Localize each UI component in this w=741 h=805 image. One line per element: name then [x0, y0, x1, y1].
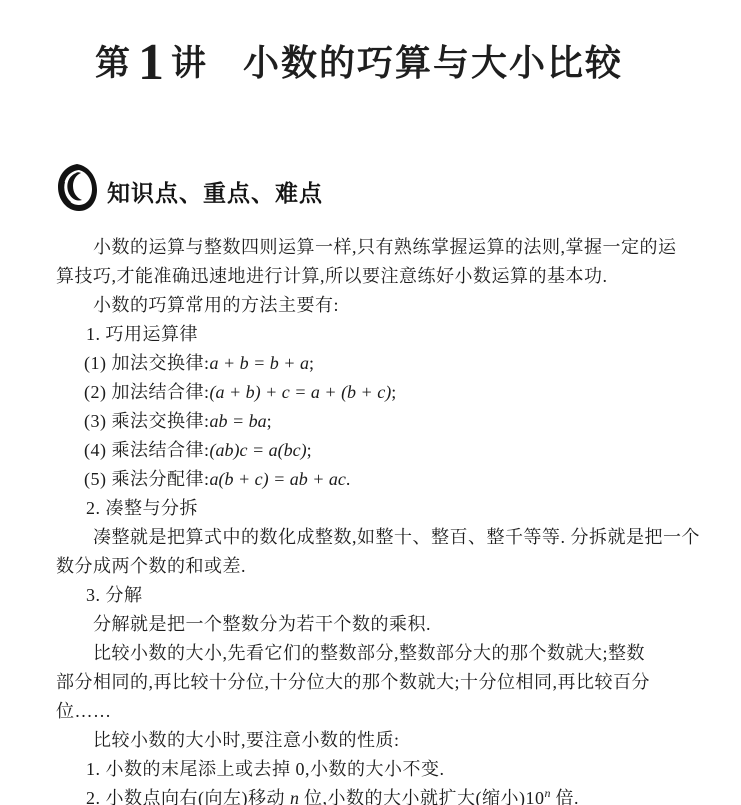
text-line: (2) 加法结合律:(a + b) + c = a + (b + c); [56, 378, 701, 407]
math-superscript: n [545, 786, 551, 800]
cn-text: ; [391, 382, 397, 402]
cn-text: 小数的巧算常用的方法主要有: [93, 295, 339, 315]
text-line: 3. 分解 [56, 581, 701, 610]
cn-text: 1. 小数的末尾添上或去掉 0,小数的大小不变. [86, 759, 445, 779]
cn-text: ; [267, 411, 273, 431]
content: 小数的运算与整数四则运算一样,只有熟练掌握运算的法则,掌握一定的运算技巧,才能准… [56, 233, 701, 805]
title-prefix: 第 [95, 44, 131, 83]
cn-text: 小数的运算与整数四则运算一样,只有熟练掌握运算的法则,掌握一定的运 [93, 237, 677, 257]
text-line: 凑整就是把算式中的数化成整数,如整十、整百、整千等等. 分拆就是把一个 [56, 523, 701, 552]
title-suffix: 讲 [171, 44, 207, 83]
math-text: a + b = b + a [210, 353, 309, 373]
cn-text: 比较小数的大小时,要注意小数的性质: [93, 730, 400, 750]
cn-text: (4) 乘法结合律: [84, 440, 210, 460]
title-main: 小数的巧算与大小比较 [243, 42, 623, 83]
cn-text: ; [309, 353, 315, 373]
math-text: (a + b) + c = a + (b + c) [210, 382, 392, 402]
cn-text: 位…… [56, 701, 112, 721]
section-heading: 知识点、重点、难点 [107, 175, 323, 208]
text-line: 1. 小数的末尾添上或去掉 0,小数的大小不变. [56, 755, 701, 784]
ink-stamp-icon [55, 162, 99, 214]
cn-text: 1. 巧用运算律 [86, 324, 198, 344]
cn-text: 2. 小数点向右(向左)移动 [86, 788, 290, 805]
text-line: 分解就是把一个整数分为若干个数的乘积. [56, 610, 701, 639]
text-line: (3) 乘法交换律:ab = ba; [56, 407, 701, 436]
cn-text: 倍. [551, 788, 580, 805]
text-line: 数分成两个数的和或差. [56, 552, 701, 581]
math-text: ab = ba [210, 411, 267, 431]
text-line: 2. 小数点向右(向左)移动 n 位,小数的大小就扩大(缩小)10n 倍. [56, 784, 701, 805]
math-text: a(b + c) = ab + ac [210, 469, 346, 489]
text-line: 算技巧,才能准确迅速地进行计算,所以要注意练好小数运算的基本功. [56, 262, 701, 291]
cn-text: ; [307, 440, 313, 460]
text-line: 比较小数的大小,先看它们的整数部分,整数部分大的那个数就大;整数 [56, 639, 701, 668]
cn-text: 部分相同的,再比较十分位,十分位大的那个数就大;十分位相同,再比较百分 [56, 672, 650, 692]
cn-text: 2. 凑整与分拆 [86, 498, 198, 518]
cn-text: 算技巧,才能准确迅速地进行计算,所以要注意练好小数运算的基本功. [56, 266, 608, 286]
cn-text: 凑整就是把算式中的数化成整数,如整十、整百、整千等等. 分拆就是把一个 [93, 527, 700, 547]
text-line: (5) 乘法分配律:a(b + c) = ab + ac. [56, 465, 701, 494]
cn-text: (5) 乘法分配律: [84, 469, 210, 489]
math-text: n [290, 788, 299, 805]
math-text: (ab)c = a(bc) [210, 440, 307, 460]
cn-text: 比较小数的大小,先看它们的整数部分,整数部分大的那个数就大;整数 [93, 643, 645, 663]
cn-text: 分解就是把一个整数分为若干个数的乘积. [93, 614, 431, 634]
cn-text: (1) 加法交换律: [84, 353, 210, 373]
title-lesson-number: 1 [138, 34, 164, 91]
text-line: (1) 加法交换律:a + b = b + a; [56, 349, 701, 378]
cn-text: 位,小数的大小就扩大(缩小)10 [299, 788, 545, 805]
cn-text: (2) 加法结合律: [84, 382, 210, 402]
section-header: 知识点、重点、难点 [55, 162, 323, 214]
cn-text: 3. 分解 [86, 585, 143, 605]
text-line: 比较小数的大小时,要注意小数的性质: [56, 726, 701, 755]
text-line: 小数的巧算常用的方法主要有: [56, 291, 701, 320]
cn-text: (3) 乘法交换律: [84, 411, 210, 431]
page-title: 第1讲小数的巧算与大小比较 [95, 33, 623, 92]
text-line: 位…… [56, 697, 701, 726]
cn-text: . [346, 469, 351, 489]
cn-text: 数分成两个数的和或差. [56, 556, 246, 576]
text-line: 部分相同的,再比较十分位,十分位大的那个数就大;十分位相同,再比较百分 [56, 668, 701, 697]
text-line: 小数的运算与整数四则运算一样,只有熟练掌握运算的法则,掌握一定的运 [56, 233, 701, 262]
text-line: 1. 巧用运算律 [56, 320, 701, 349]
text-line: 2. 凑整与分拆 [56, 494, 701, 523]
text-line: (4) 乘法结合律:(ab)c = a(bc); [56, 436, 701, 465]
